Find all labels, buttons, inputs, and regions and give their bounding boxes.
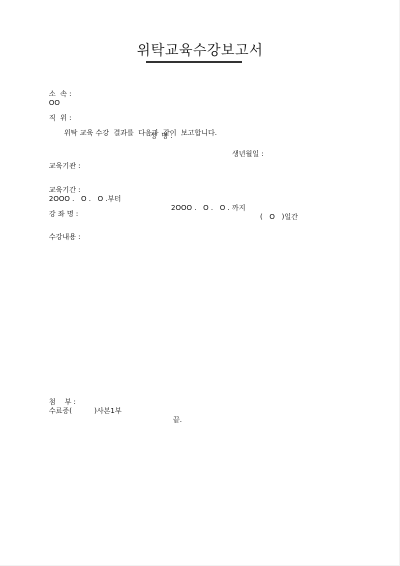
end-mark: 끝. [173, 416, 182, 425]
intro-text: 위탁 교육 수강 결과를 다음과 같이 보고합니다. [64, 129, 217, 138]
attachment-row: 첨 부 : 수료증( )사본1부 끝. [40, 389, 240, 434]
position-label: 직 위 : [49, 114, 72, 122]
document-page: 위탁교육수강보고서 소 속 : OO 직 위 : 성 명 : 생년월일 : 위탁… [0, 0, 400, 566]
document-title: 위탁교육수강보고서 [0, 40, 400, 60]
affiliation-label: 소 속 : [49, 90, 72, 98]
content-row: 수강내용 : [40, 224, 81, 260]
content-label: 수강내용 : [49, 233, 81, 241]
attachment-value: 수료증( )사본1부 [49, 407, 122, 415]
institution-label: 교육기관 : [49, 162, 81, 170]
period-row: 교육기간 : 2OOO . O . O .부터 2OOO . O . O . 까… [40, 177, 370, 231]
attachment-label: 첨 부 : [49, 398, 76, 406]
title-underline [146, 61, 242, 63]
period-days: ( O )일간 [260, 213, 298, 222]
course-label: 강 좌 명 : [49, 210, 78, 218]
period-label: 교육기간 : [49, 186, 81, 194]
birthdate-label: 생년월일 : [232, 150, 264, 159]
period-to: 2OOO . O . O . 까지 [171, 204, 245, 213]
personal-info-row: 직 위 : 성 명 : 생년월일 : [40, 105, 360, 177]
